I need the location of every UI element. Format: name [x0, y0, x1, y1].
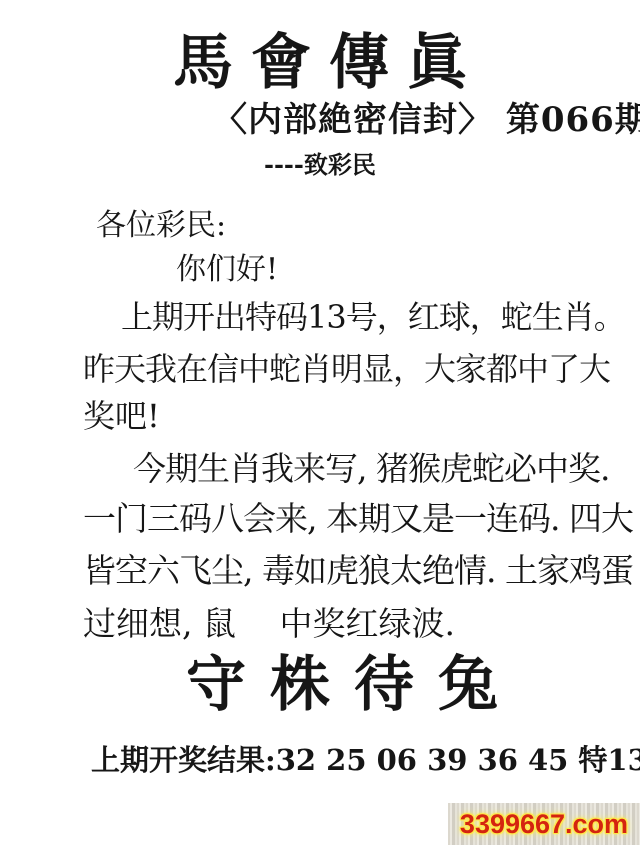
issue-line: 〈内部絶密信封〉 第066期 — [213, 101, 640, 139]
body-line: 过细想, 鼠 中奖红绿波. — [83, 598, 455, 645]
fax-letter-page: 馬會傳眞 〈内部絶密信封〉 第066期 ----致彩民 各位彩民: 你们好! 上… — [0, 0, 640, 848]
body-line: 昨天我在信中蛇肖明显，大家都中了大 — [83, 344, 610, 390]
salutation: 各位彩民: — [96, 200, 226, 244]
body-line: 皆空六飞尘, 毒如虎狼太绝情. 土家鸡蛋 — [83, 545, 633, 592]
body-line: 今期生肖我来写, 猪猴虎蛇必中奖. — [133, 443, 609, 490]
body-line: 上期开出特码13号，红球，蛇生肖。 — [121, 292, 625, 338]
body-line: 一门三码八会来, 本期又是一连码. 四大 — [83, 493, 633, 540]
dedication-line: ----致彩民 — [264, 152, 376, 178]
previous-draw-result: 上期开奖结果:32 25 06 39 36 45 特13 — [91, 738, 640, 779]
greeting: 你们好! — [176, 244, 278, 288]
watermark-banner: 3399667.com — [448, 803, 640, 845]
watermark-url: 3399667.com — [460, 809, 628, 840]
body-line: 奖吧! — [83, 391, 160, 437]
idiom-headline: 守株待兔 — [34, 652, 640, 718]
page-title: 馬會傳眞 — [9, 32, 640, 94]
